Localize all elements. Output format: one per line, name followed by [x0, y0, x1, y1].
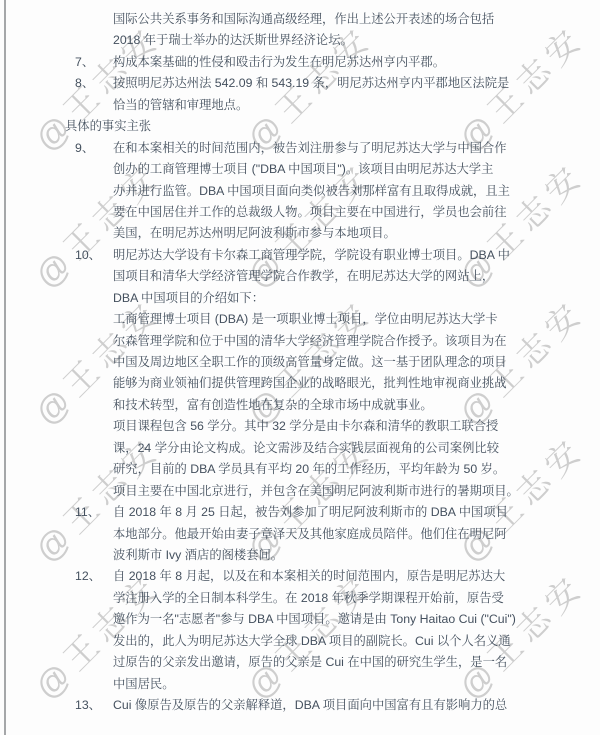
paragraph-number: 9、: [75, 138, 94, 159]
text-line: 尔森管理学院和位于中国的清华大学经济管理学院合作授予。该项目为在: [113, 331, 533, 352]
paragraph: 10、明尼苏达大学设有卡尔森工商管理学院，学院设有职业博士项目。DBA 中国项目…: [113, 245, 533, 502]
paragraph-number: 11、: [75, 502, 100, 523]
text-line: 发出的，此人为明尼苏达大学全球 DBA 项目的副院长。Cui 以个人名义通: [113, 631, 533, 652]
text-line: 自 2018 年 8 月起，以及在和本案相关的时间范围内，原告是明尼苏达大: [113, 566, 533, 587]
text-line: 2018 年于瑞士举办的达沃斯世界经济论坛。: [113, 30, 533, 51]
text-line: 中国居民。: [113, 674, 533, 695]
text-line: 能够为商业领袖们提供管理跨国企业的战略眼光，批判性地审视商业挑战: [113, 373, 533, 394]
text-line: 波利斯市 Ivy 酒店的阁楼套间。: [113, 545, 533, 566]
paragraph-number: 7、: [75, 52, 94, 73]
text-line: 在和本案相关的时间范围内，被告刘注册参与了明尼苏达大学与中国合作: [113, 138, 533, 159]
text-line: 国项目和清华大学经济管理学院合作教学，在明尼苏达大学的网站上，: [113, 266, 533, 287]
text-line: 明尼苏达大学设有卡尔森工商管理学院，学院设有职业博士项目。DBA 中: [113, 245, 533, 266]
text-line: 中国及周边地区全职工作的顶级高管量身定做。这一基于团队理念的项目: [113, 352, 533, 373]
text-line: 本地部分。他最开始由妻子章泽天及其他家庭成员陪伴。他们住在明尼阿: [113, 524, 533, 545]
text-line: 过原告的父亲发出邀请，原告的父亲是 Cui 在中国的研究生学生，是一名: [113, 652, 533, 673]
paragraph: 7、构成本案基础的性侵和殴击行为发生在明尼苏达州亨内平郡。: [113, 52, 533, 73]
text-line: 工商管理博士项目 (DBA) 是一项职业博士项目，学位由明尼苏达大学卡: [113, 309, 533, 330]
text-line: 恰当的管辖和审理地点。: [113, 95, 533, 116]
text-line: DBA 中国项目的介绍如下：: [113, 288, 533, 309]
paragraph-number: 13、: [75, 695, 101, 716]
text-line: 自 2018 年 8 月 25 日起，被告刘参加了明尼阿波利斯市的 DBA 中国…: [113, 502, 533, 523]
text-line: 项目主要在中国北京进行，并包含在美国明尼阿波利斯市进行的暑期项目。: [113, 481, 533, 502]
text-line: 学注册入学的全日制本科学生。在 2018 年秋季学期课程开始前，原告受: [113, 588, 533, 609]
paragraph-number: 8、: [75, 73, 94, 94]
text-line: Cui 像原告及原告的父亲解释道，DBA 项目面向中国富有且有影响力的总: [113, 695, 533, 716]
paragraph: 11、自 2018 年 8 月 25 日起，被告刘参加了明尼阿波利斯市的 DBA…: [113, 502, 533, 566]
document-page: @王志安@王志安@王志安@王志安@王志安@王志安@王志安@王志安@王志安@王志安…: [0, 0, 600, 735]
paragraph: 13、Cui 像原告及原告的父亲解释道，DBA 项目面向中国富有且有影响力的总: [113, 695, 533, 716]
paragraph: 8、按照明尼苏达州法 542.09 和 543.19 条，明尼苏达州亨内平郡地区…: [113, 73, 533, 116]
text-line: 构成本案基础的性侵和殴击行为发生在明尼苏达州亨内平郡。: [113, 52, 533, 73]
text-line: 要在中国居住并工作的总裁级人物。项目主要在中国进行，学员也会前往: [113, 202, 533, 223]
text-line: 国际公共关系事务和国际沟通高级经理，作出上述公开表述的场合包括: [113, 9, 533, 30]
text-line: 创办的工商管理博士项目 ("DBA 中国项目")。该项目由明尼苏达大学主: [113, 159, 533, 180]
text-line: 邀作为一名"志愿者"参与 DBA 中国项目。邀请是由 Tony Haitao C…: [113, 609, 533, 630]
text-line: 课，24 学分由论文构成。论文需涉及结合实践层面视角的公司案例比较: [113, 438, 533, 459]
text-line: 项目课程包含 56 学分。其中 32 学分是由卡尔森和清华的教职工联合授: [113, 416, 533, 437]
text-line: 美国，在明尼苏达州明尼阿波利斯市参与本地项目。: [113, 223, 533, 244]
paragraph: 国际公共关系事务和国际沟通高级经理，作出上述公开表述的场合包括2018 年于瑞士…: [113, 9, 533, 52]
text-line: 和技术转型，富有创造性地在复杂的全球市场中成就事业。: [113, 395, 533, 416]
text-line: 办并进行监管。DBA 中国项目面向类似被告刘那样富有且取得成就，且主: [113, 181, 533, 202]
paragraph-number: 10、: [75, 245, 101, 266]
paragraph: 12、自 2018 年 8 月起，以及在和本案相关的时间范围内，原告是明尼苏达大…: [113, 566, 533, 695]
document-body: 国际公共关系事务和国际沟通高级经理，作出上述公开表述的场合包括2018 年于瑞士…: [113, 9, 533, 716]
text-line: 研究，目前的 DBA 学员具有平均 20 年的工作经历，平均年龄为 50 岁。: [113, 459, 533, 480]
paragraph-number: 12、: [75, 566, 101, 587]
text-line: 按照明尼苏达州法 542.09 和 543.19 条，明尼苏达州亨内平郡地区法院…: [113, 73, 533, 94]
paragraph: 9、在和本案相关的时间范围内，被告刘注册参与了明尼苏达大学与中国合作创办的工商管…: [113, 138, 533, 245]
section-heading: 具体的事实主张: [65, 116, 533, 137]
